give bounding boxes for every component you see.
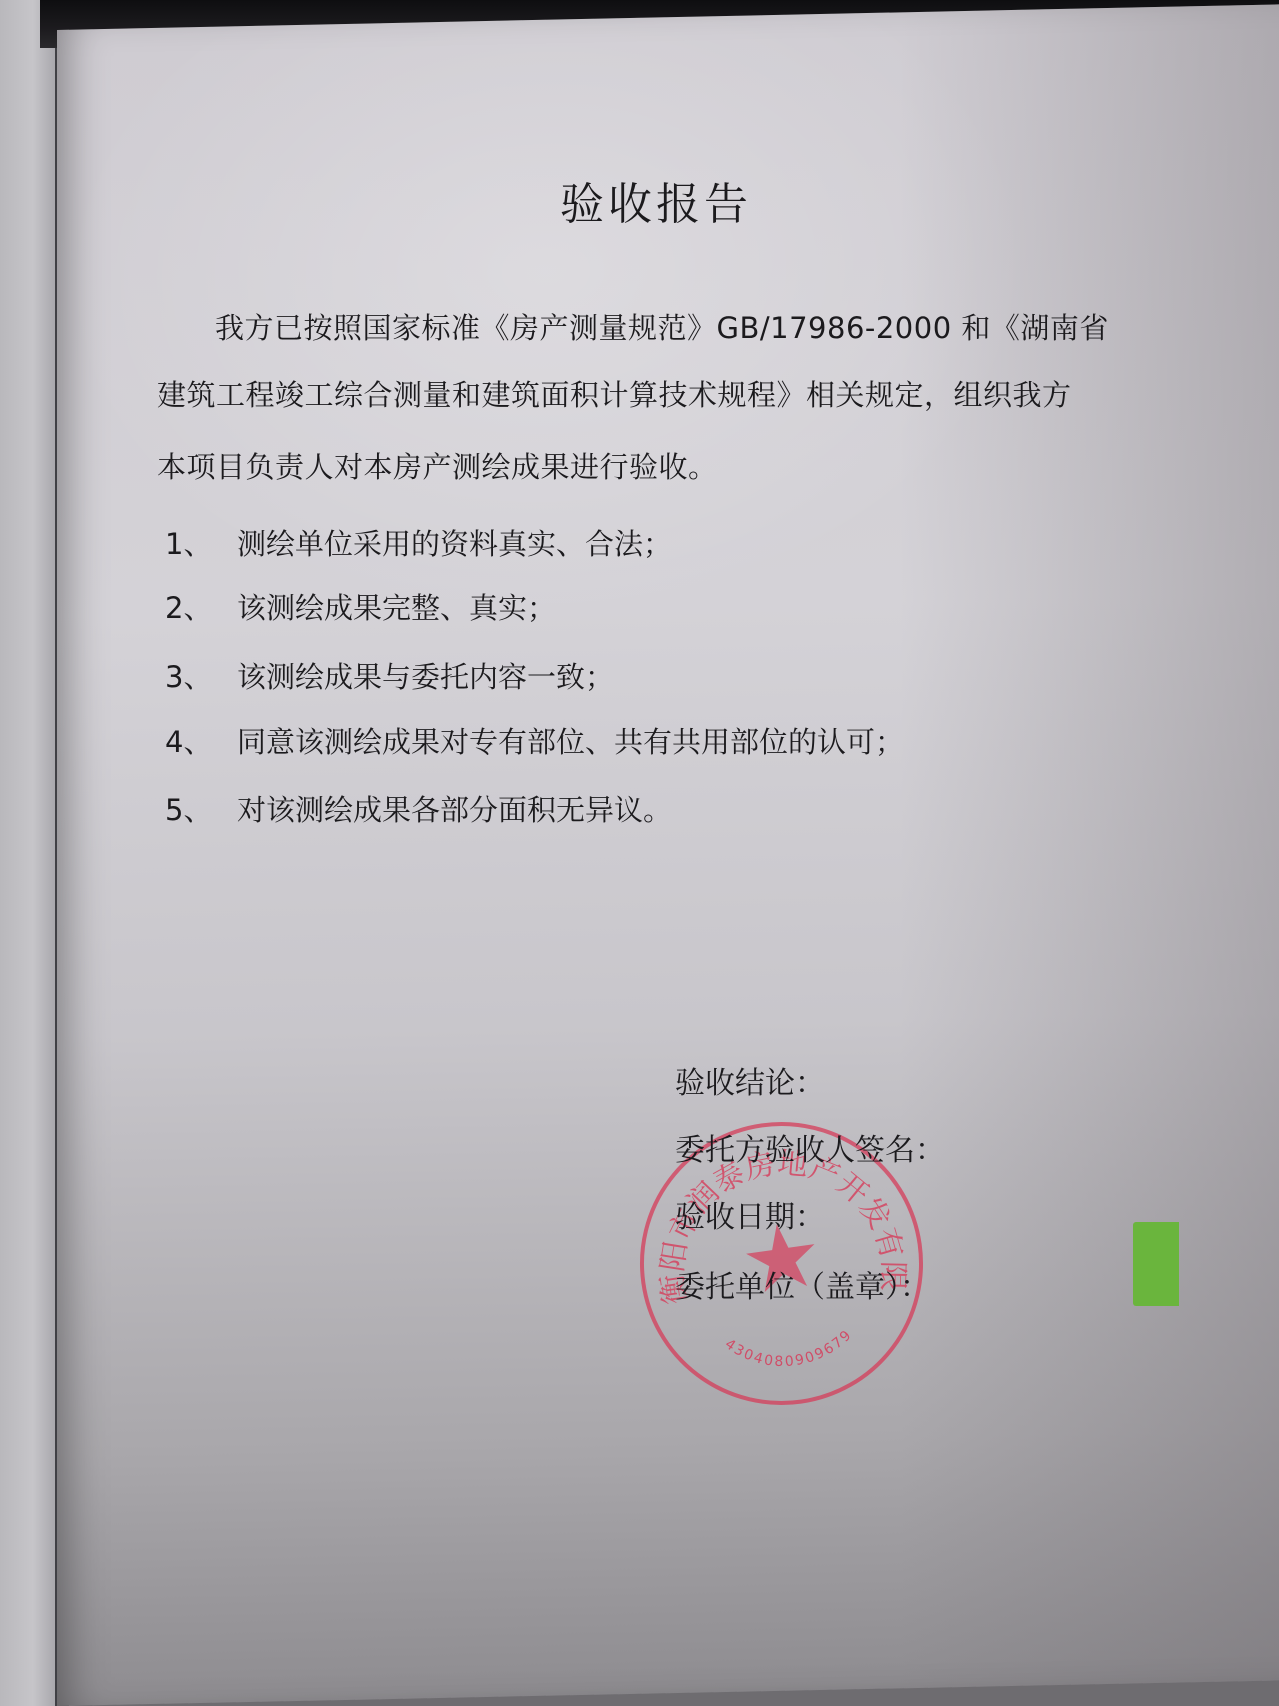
- item-text: 对该测绘成果各部分面积无异议。: [237, 793, 672, 827]
- item-text: 测绘单位采用的资料真实、合法；: [237, 527, 672, 561]
- item-number: 3、: [165, 655, 237, 696]
- item-number: 4、: [165, 720, 237, 761]
- intro-line-3: 本项目负责人对本房产测绘成果进行验收。: [157, 445, 718, 486]
- item-number: 2、: [165, 586, 237, 627]
- list-item: 3、该测绘成果与委托内容一致；: [165, 655, 614, 696]
- item-text: 同意该测绘成果对专有部位、共有共用部位的认可；: [237, 725, 904, 759]
- list-item: 5、对该测绘成果各部分面积无异议。: [165, 788, 672, 829]
- intro-line-2: 建筑工程竣工综合测量和建筑面积计算技术规程》相关规定，组织我方: [157, 373, 1072, 414]
- signer-label: 委托方验收人签名：: [675, 1125, 945, 1169]
- unit-seal-label: 委托单位（盖章）：: [675, 1262, 930, 1306]
- item-text: 该测绘成果完整、真实；: [237, 591, 556, 625]
- list-item: 2、该测绘成果完整、真实；: [165, 586, 556, 627]
- conclusion-label: 验收结论：: [675, 1058, 825, 1102]
- item-text: 该测绘成果与委托内容一致；: [237, 660, 614, 694]
- svg-text:4304080909679: 4304080909679: [720, 1319, 859, 1379]
- intro-line-1: 我方已按照国家标准《房产测量规范》GB/17986-2000 和《湖南省: [215, 306, 1109, 347]
- list-item: 4、同意该测绘成果对专有部位、共有共用部位的认可；: [165, 720, 904, 761]
- document-content: 验收报告 我方已按照国家标准《房产测量规范》GB/17986-2000 和《湖南…: [0, 0, 1279, 1706]
- list-item: 1、测绘单位采用的资料真实、合法；: [165, 522, 672, 563]
- item-number: 5、: [165, 788, 237, 829]
- date-label: 验收日期：: [675, 1192, 825, 1236]
- item-number: 1、: [165, 522, 237, 563]
- document-title: 验收报告: [560, 168, 752, 232]
